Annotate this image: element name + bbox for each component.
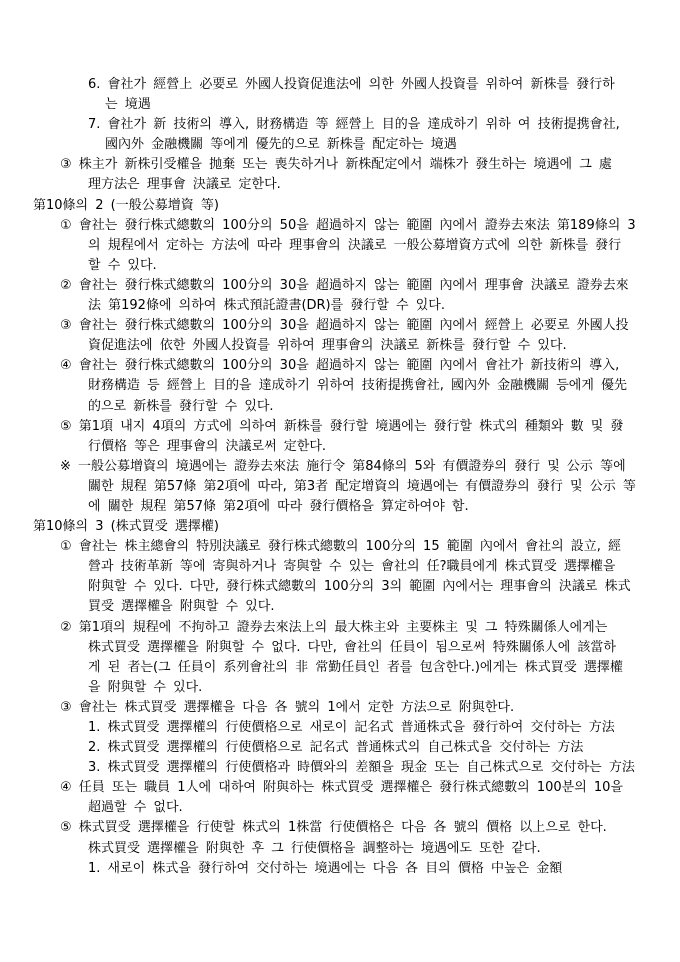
document-line: 株式買受 選擇權을 附與할 수 없다. 다만, 會社의 任員이 됨으로써 特殊關… (0, 638, 680, 658)
document-line: 國內外 金融機關 等에게 優先的으로 新株를 配定하는 境遇 (0, 135, 680, 155)
document-line: 7. 會社가 新 技術의 導入, 財務構造 等 經營上 目的을 達成하기 위하 … (0, 115, 680, 135)
document-line: 을 附與할 수 있다. (0, 678, 680, 698)
document-line: ④ 會社는 發行株式總數의 100分의 30을 超過하지 않는 範圍 內에서 會… (0, 356, 680, 376)
document-line: ③ 株主가 新株引受權을 抛棄 또는 喪失하거나 新株配定에서 端株가 發生하는… (0, 155, 680, 175)
document-page: 6. 會社가 經營上 必要로 外國人投資促進法에 의한 外國人投資를 위하여 新… (0, 0, 680, 962)
document-line: 第10條의 3 (株式買受 選擇權) (0, 517, 680, 537)
document-line: 2. 株式買受 選擇權의 行使價格으로 記名式 普通株式의 自己株式을 交付하는… (0, 738, 680, 758)
document-line: 6. 會社가 經營上 必要로 外國人投資促進法에 의한 外國人投資를 위하여 新… (0, 75, 680, 95)
document-body: 6. 會社가 經營上 必要로 外國人投資促進法에 의한 外國人投資를 위하여 新… (0, 75, 680, 879)
document-line: ③ 會社는 株式買受 選擇權을 다음 各 號의 1에서 定한 方法으로 附與한다… (0, 698, 680, 718)
document-line: 買受 選擇權을 附與할 수 있다. (0, 597, 680, 617)
document-line: ④ 任員 또는 職員 1人에 대하여 附與하는 株式買受 選擇權은 發行株式總數… (0, 778, 680, 798)
document-line: 超過할 수 없다. (0, 798, 680, 818)
document-line: 法 第192條에 의하여 株式預託證書(DR)를 發行할 수 있다. (0, 296, 680, 316)
document-line: ※ 一般公募增資의 境遇에는 證券去來法 施行令 第84條의 5와 有價證券의 … (0, 457, 680, 477)
document-line: ① 會社는 株主總會의 特別決議로 發行株式總數의 100分의 15 範圍 內에… (0, 537, 680, 557)
document-line: 第10條의 2 (一般公募增資 等) (0, 196, 680, 216)
document-line: 營과 技術革新 等에 寄與하거나 寄與할 수 있는 會社의 任?職員에게 株式買… (0, 557, 680, 577)
document-line: 할 수 있다. (0, 256, 680, 276)
document-line: 附與할 수 있다. 다만, 發行株式總數의 100分의 3의 範圍 內에서는 理… (0, 577, 680, 597)
document-line: ③ 會社는 發行株式總數의 100分의 30을 超過하지 않는 範圍 內에서 經… (0, 316, 680, 336)
document-line: 關한 規程 第57條 第2項에 따라, 第3者 配定增資의 境遇에는 有價證券의… (0, 477, 680, 497)
document-line: ② 會社는 發行株式總數의 100分의 30을 超過하지 않는 範圍 內에서 理… (0, 276, 680, 296)
document-line: 게 된 者는(그 任員이 系列會社의 非 常勤任員인 者를 包含한다.)에게는 … (0, 658, 680, 678)
document-line: 의 規程에서 定하는 方法에 따라 理事會의 決議로 一般公募增資方式에 의한 … (0, 236, 680, 256)
document-line: 財務構造 등 經營上 目的을 達成하기 위하여 技術提携會社, 國內外 金融機關… (0, 376, 680, 396)
document-line: 1. 株式買受 選擇權의 行使價格으로 새로이 記名式 普通株式을 發行하여 交… (0, 718, 680, 738)
document-line: 株式買受 選擇權을 附與한 후 그 行使價格을 調整하는 境遇에도 또한 같다. (0, 839, 680, 859)
document-line: 1. 새로이 株式을 發行하여 交付하는 境遇에는 다음 各 目의 價格 中높은… (0, 859, 680, 879)
document-line: 資促進法에 依한 外國人投資를 위하여 理事會의 決議로 新株를 發行할 수 있… (0, 336, 680, 356)
document-line: 에 關한 規程 第57條 第2項에 따라 發行價格을 算定하여야 함. (0, 497, 680, 517)
document-line: 는 境遇 (0, 95, 680, 115)
document-line: 的으로 新株를 發行할 수 있다. (0, 397, 680, 417)
document-line: ① 會社는 發行株式總數의 100分의 50을 超過하지 않는 範圍 內에서 證… (0, 216, 680, 236)
document-line: 3. 株式買受 選擇權의 行使價格과 時價와의 差額을 現金 또는 自己株式으로… (0, 758, 680, 778)
document-line: ② 第1項의 規程에 不拘하고 證券去來法上의 最大株主와 主要株主 및 그 特… (0, 618, 680, 638)
document-line: ⑤ 株式買受 選擇權을 行使할 株式의 1株當 行使價格은 다음 各 號의 價格… (0, 818, 680, 838)
document-line: 理方法은 理事會 決議로 定한다. (0, 175, 680, 195)
document-line: ⑤ 第1項 내지 4項의 方式에 의하여 新株를 發行할 境遇에는 發行할 株式… (0, 417, 680, 437)
document-line: 行價格 等은 理事會의 決議로써 定한다. (0, 437, 680, 457)
